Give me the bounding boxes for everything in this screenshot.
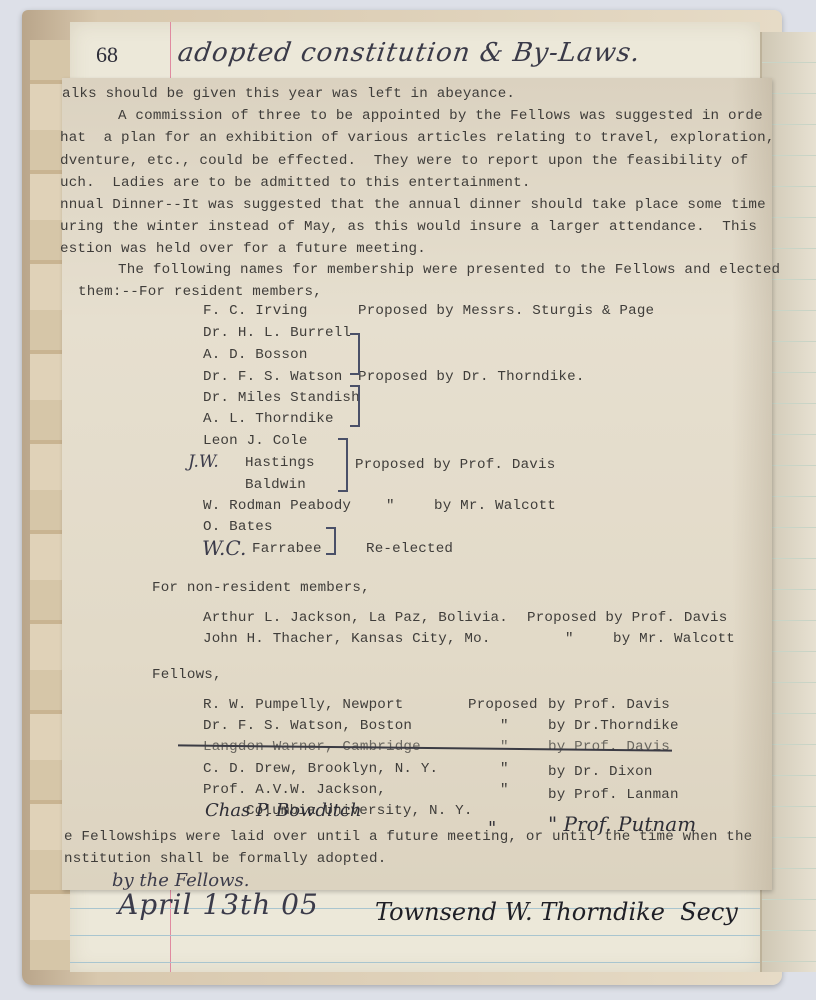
ditto-mark: " xyxy=(500,782,509,798)
fellow-name: Prof. A.V.W. Jackson, xyxy=(203,782,386,798)
ditto-mark: " xyxy=(386,498,395,514)
proposer: by Dr.Thorndike xyxy=(548,718,679,734)
ditto-mark: Proposed xyxy=(468,697,538,713)
ditto-mark: " xyxy=(565,631,574,647)
member-name: A. L. Thorndike xyxy=(203,411,334,427)
secretary-signature: Townsend W. Thorndike Secy xyxy=(375,898,738,926)
member-name: Dr. F. S. Watson xyxy=(203,369,342,385)
fellow-name: C. D. Drew, Brooklyn, N. Y. xyxy=(203,761,438,777)
paragraph-line: dventure, etc., could be effected. They … xyxy=(60,153,748,169)
closing-line: e Fellowships were laid over until a fut… xyxy=(64,829,752,845)
paragraph-line: A commission of three to be appointed by… xyxy=(118,108,763,124)
proposer: by Prof. Davis xyxy=(548,697,670,713)
bracket xyxy=(338,438,348,492)
member-name: John H. Thacher, Kansas City, Mo. xyxy=(203,631,491,647)
handwritten-fellow-name: Chas P. Bowditch xyxy=(205,800,362,821)
bracket xyxy=(350,333,360,375)
member-name: W. Rodman Peabody xyxy=(203,498,351,514)
paragraph-line: The following names for membership were … xyxy=(118,262,780,278)
proposer: by Prof. Davis xyxy=(548,739,670,755)
member-name: Dr. H. L. Burrell xyxy=(203,325,351,341)
ditto-mark: " xyxy=(500,718,509,734)
paragraph-line: alks should be given this year was left … xyxy=(62,86,515,102)
member-name: Baldwin xyxy=(245,477,306,493)
member-name: O. Bates xyxy=(203,519,273,535)
proposer: Proposed by Dr. Thorndike. xyxy=(358,369,585,385)
member-name: Hastings xyxy=(245,455,315,471)
paragraph-line: hat a plan for an exhibition of various … xyxy=(60,130,775,146)
section-heading: For non-resident members, xyxy=(152,580,370,596)
member-name: Leon J. Cole xyxy=(203,433,308,449)
ditto-mark: " xyxy=(500,761,509,777)
paragraph-line: them:--For resident members, xyxy=(78,284,322,300)
handwritten-heading: adopted constitution & By-Laws. xyxy=(176,38,643,68)
member-name: A. D. Bosson xyxy=(203,347,308,363)
proposer: by Dr. Dixon xyxy=(548,764,653,780)
proposer: Proposed by Messrs. Sturgis & Page xyxy=(358,303,654,319)
proposer: by Mr. Walcott xyxy=(613,631,735,647)
member-name: Dr. Miles Standish xyxy=(203,390,360,406)
member-name: Arthur L. Jackson, La Paz, Bolivia. xyxy=(203,610,508,626)
bracket xyxy=(326,527,336,555)
page-number: 68 xyxy=(96,42,118,68)
closing-line: nstitution shall be formally adopted. xyxy=(64,851,386,867)
paragraph-line: uch. Ladies are to be admitted to this e… xyxy=(60,175,531,191)
member-name: Farrabee xyxy=(252,541,322,557)
proposer: Proposed by Prof. Davis xyxy=(355,457,555,473)
handwritten-initials: J.W. xyxy=(188,452,219,472)
fellow-name: Dr. F. S. Watson, Boston xyxy=(203,718,412,734)
re-elected-note: Re-elected xyxy=(366,541,453,557)
paragraph-line: uring the winter instead of May, as this… xyxy=(60,219,757,235)
paragraph-line: nnual Dinner--It was suggested that the … xyxy=(60,197,766,213)
member-name: F. C. Irving xyxy=(203,303,308,319)
bracket xyxy=(350,385,360,427)
proposer: by Mr. Walcott xyxy=(434,498,556,514)
section-heading: Fellows, xyxy=(152,667,222,683)
paragraph-line: estion was held over for a future meetin… xyxy=(60,241,426,257)
signature-date: April 13th 05 xyxy=(118,888,319,921)
fellow-name: R. W. Pumpelly, Newport xyxy=(203,697,403,713)
proposer: by Prof. Lanman xyxy=(548,787,679,803)
handwritten-initials: W.C. xyxy=(202,536,246,560)
proposer: Proposed by Prof. Davis xyxy=(527,610,727,626)
